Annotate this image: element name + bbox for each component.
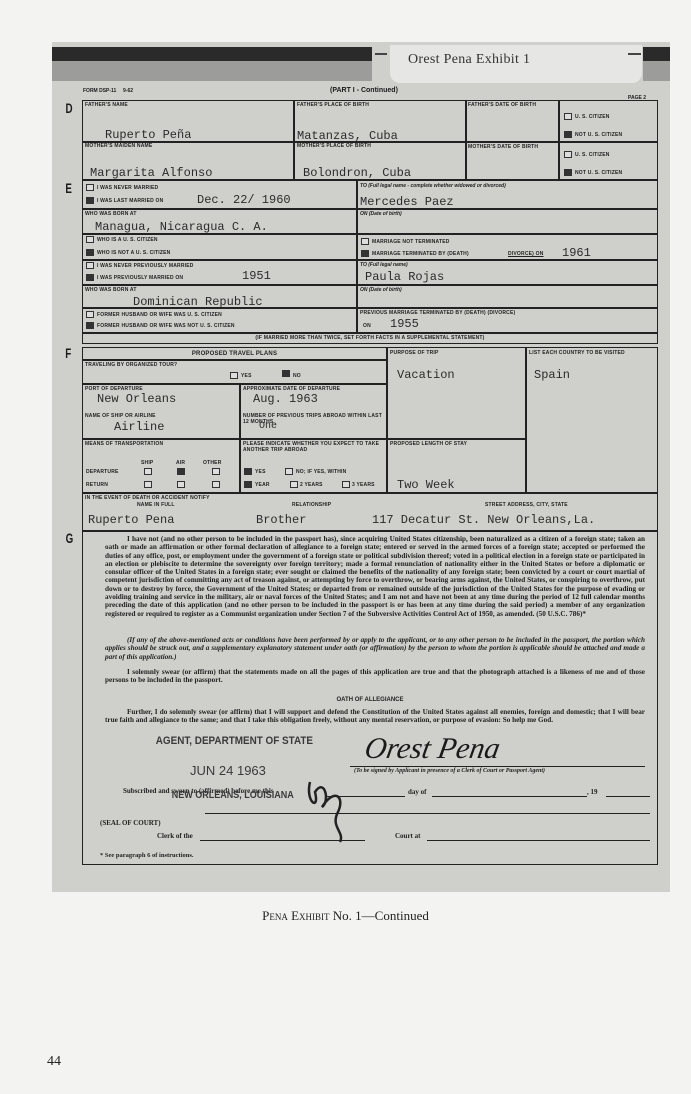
travel-plans-title: PROPOSED TRAVEL PLANS xyxy=(82,351,387,357)
spouse-not-us-citizen-checkbox[interactable] xyxy=(86,249,94,256)
spouse-us-citizen-label: WHO IS A U. S. CITIZEN xyxy=(97,237,158,243)
transport-row-return: RETURN xyxy=(86,482,108,488)
signature-line xyxy=(350,766,645,767)
purpose-value[interactable]: Vacation xyxy=(397,368,455,382)
month-line[interactable] xyxy=(432,796,587,797)
header-dash xyxy=(375,53,387,55)
mother-us-citizen-checkbox[interactable] xyxy=(564,151,572,158)
exhibit-caption: Pena Exhibit No. 1—Continued xyxy=(0,908,691,924)
divider xyxy=(558,100,560,180)
mother-dob-label: MOTHER'S DATE OF BIRTH xyxy=(468,144,548,150)
divider xyxy=(82,359,387,361)
father-name-value[interactable]: Ruperto Peña xyxy=(105,128,191,142)
year-line[interactable] xyxy=(606,796,650,797)
marriage-terminated-label: MARRIAGE TERMINATED BY (DEATH) xyxy=(372,251,469,257)
father-birthplace-label: FATHER'S PLACE OF BIRTH xyxy=(297,102,369,108)
another-trip-no-label: NO; IF YES, WITHIN xyxy=(296,469,346,475)
divider xyxy=(82,383,387,385)
mother-not-us-citizen-label: NOT U. S. CITIZEN xyxy=(575,170,622,176)
tour-yes-checkbox[interactable] xyxy=(230,372,238,379)
header-bar-right-shadow xyxy=(643,61,670,81)
prev-trips-value[interactable]: One xyxy=(259,421,277,432)
mother-birthplace-label: MOTHER'S PLACE OF BIRTH xyxy=(297,143,371,149)
length-of-stay-label: PROPOSED LENGTH OF STAY xyxy=(390,441,467,447)
prev-terminated-on-label: ON xyxy=(363,323,371,329)
seal-label: (SEAL OF COURT) xyxy=(100,819,161,827)
oath-title: OATH OF ALLEGIANCE xyxy=(82,697,658,703)
marriage-not-terminated-checkbox[interactable] xyxy=(361,238,369,245)
another-trip-yes-checkbox[interactable] xyxy=(244,468,252,475)
father-us-citizen-checkbox[interactable] xyxy=(564,113,572,120)
father-not-us-citizen-checkbox[interactable] xyxy=(564,131,572,138)
header-dash-right xyxy=(628,53,641,55)
prev-married-label: I WAS PREVIOUSLY MARRIED ON xyxy=(97,275,183,281)
notify-name-label: NAME IN FULL xyxy=(137,502,175,508)
marriage-terminated-year[interactable]: 1961 xyxy=(562,246,591,260)
within-3-years-label: 3 YEARS xyxy=(352,482,375,488)
prev-born-label: WHO WAS BORN AT xyxy=(85,287,137,293)
exhibit-title: Orest Pena Exhibit 1 xyxy=(408,52,530,68)
never-married-checkbox[interactable] xyxy=(86,184,94,191)
footnote: * See paragraph 6 of instructions. xyxy=(100,852,194,859)
spouse-name-label: TO (Full legal name - complete whether w… xyxy=(360,183,506,189)
return-other-checkbox[interactable] xyxy=(212,481,220,488)
divider xyxy=(82,492,658,494)
another-trip-no-checkbox[interactable] xyxy=(285,468,293,475)
prev-spouse-name-value[interactable]: Paula Rojas xyxy=(365,270,444,284)
prev-terminated-label: PREVIOUS MARRIAGE TERMINATED BY (DEATH) … xyxy=(360,310,515,316)
divider xyxy=(465,100,467,180)
caption-exhibit-word: Exhibit xyxy=(291,908,329,923)
spouse-us-citizen-checkbox[interactable] xyxy=(86,236,94,243)
notify-name-value[interactable]: Ruperto Pena xyxy=(88,513,174,527)
return-air-checkbox[interactable] xyxy=(177,481,185,488)
signature-note: (To be signed by Applicant in presence o… xyxy=(354,768,545,774)
divider xyxy=(82,284,658,286)
notify-relationship-value[interactable]: Brother xyxy=(256,513,306,527)
departure-date-value[interactable]: Aug. 1963 xyxy=(253,392,318,406)
oath-paragraph: Further, I do solemnly swear (or affirm)… xyxy=(105,708,645,725)
section-letter-d: D xyxy=(66,100,73,116)
year-prefix: , 19 xyxy=(587,788,598,796)
mother-birthplace-value[interactable]: Bolondron, Cuba xyxy=(303,166,411,180)
section-letter-e: E xyxy=(65,180,72,196)
day-of-label: day of xyxy=(408,788,426,796)
tour-no-checkbox[interactable] xyxy=(282,370,290,377)
notify-address-value[interactable]: 117 Decatur St. New Orleans,La. xyxy=(372,513,595,527)
another-trip-yes-label: YES xyxy=(255,469,266,475)
strike-out-paragraph: (If any of the above-mentioned acts or c… xyxy=(105,636,645,661)
official-signature-line[interactable] xyxy=(205,813,650,814)
divider xyxy=(82,438,526,440)
transport-row-departure: DEPARTURE xyxy=(86,469,119,475)
spouse-born-label: WHO WAS BORN AT xyxy=(85,211,137,217)
prev-married-checkbox[interactable] xyxy=(86,274,94,281)
notify-relationship-label: RELATIONSHIP xyxy=(292,502,331,508)
spouse-dob-label: ON (Date of birth) xyxy=(360,211,402,217)
supplemental-note: (IF MARRIED MORE THAN TWICE, SET FORTH F… xyxy=(82,335,658,341)
mother-not-us-citizen-checkbox[interactable] xyxy=(564,169,572,176)
never-prev-married-label: I WAS NEVER PREVIOUSLY MARRIED xyxy=(97,263,194,269)
departure-air-checkbox[interactable] xyxy=(177,468,185,475)
spouse-name-value[interactable]: Mercedes Paez xyxy=(360,195,454,209)
page-number: 44 xyxy=(47,1054,61,1070)
notify-address-label: STREET ADDRESS, CITY, STATE xyxy=(485,502,568,508)
city-stamp: NEW ORLEANS, LOUISIANA xyxy=(172,790,294,801)
transport-col-other: OTHER xyxy=(203,460,222,466)
official-signature-scrawl xyxy=(300,772,360,852)
departure-ship-checkbox[interactable] xyxy=(144,468,152,475)
marriage-terminated-checkbox[interactable] xyxy=(361,250,369,257)
form-date: 9-62 xyxy=(123,88,133,94)
father-not-us-citizen-label: NOT U. S. CITIZEN xyxy=(575,132,622,138)
never-prev-married-checkbox[interactable] xyxy=(86,262,94,269)
court-location-line[interactable] xyxy=(427,840,650,841)
divider xyxy=(293,100,295,180)
within-year-label: YEAR xyxy=(255,482,270,488)
section-letter-g: G xyxy=(66,530,74,546)
prev-spouse-birthplace[interactable]: Dominican Republic xyxy=(133,295,263,309)
header-bar-shadow xyxy=(52,61,372,81)
departure-other-checkbox[interactable] xyxy=(212,468,220,475)
marriage-terminated-divorce-label: DIVORCE) ON xyxy=(508,251,544,257)
mother-name-label: MOTHER'S MAIDEN NAME xyxy=(85,143,152,149)
header-bar-right xyxy=(643,47,670,61)
notify-label: IN THE EVENT OF DEATH OR ACCIDENT NOTIFY xyxy=(85,495,210,501)
former-not-us-citizen-checkbox[interactable] xyxy=(86,322,94,329)
another-trip-label: PLEASE INDICATE WHETHER YOU EXPECT TO TA… xyxy=(243,441,383,453)
agent-stamp: AGENT, DEPARTMENT OF STATE xyxy=(156,735,313,747)
never-married-label: I WAS NEVER MARRIED xyxy=(97,185,158,191)
purpose-label: PURPOSE OF TRIP xyxy=(390,350,439,356)
father-dob-label: FATHER'S DATE OF BIRTH xyxy=(468,102,548,108)
divider xyxy=(356,180,358,332)
former-us-citizen-checkbox[interactable] xyxy=(86,311,94,318)
transport-col-ship: SHIP xyxy=(141,460,153,466)
prev-married-year[interactable]: 1951 xyxy=(242,269,271,283)
former-not-us-citizen-label: FORMER HUSBAND OR WIFE WAS NOT U. S. CIT… xyxy=(97,323,235,329)
section-letter-f: F xyxy=(65,345,71,361)
form-number: FORM DSP-11 xyxy=(83,88,116,94)
tour-yes-label: YES xyxy=(241,373,252,379)
father-us-citizen-label: U. S. CITIZEN xyxy=(575,114,610,120)
caption-name: Pena xyxy=(262,908,288,923)
mother-us-citizen-label: U. S. CITIZEN xyxy=(575,152,610,158)
last-married-date[interactable]: Dec. 22/ 1960 xyxy=(197,193,291,207)
part-label: (PART I - Continued) xyxy=(330,87,398,94)
last-married-label: I WAS LAST MARRIED ON xyxy=(97,198,163,204)
transport-col-air: AIR xyxy=(176,460,185,466)
applicant-signature[interactable]: Orest Pena xyxy=(362,732,503,766)
return-ship-checkbox[interactable] xyxy=(144,481,152,488)
header-bar xyxy=(52,47,372,61)
within-2-years-label: 2 YEARS xyxy=(300,482,323,488)
father-birthplace-value[interactable]: Matanzas, Cuba xyxy=(297,129,398,143)
court-at-label: Court at xyxy=(395,832,420,840)
ship-airline-value[interactable]: Airline xyxy=(114,420,164,434)
clerk-label: Clerk of the xyxy=(157,832,193,840)
father-name-label: FATHER'S NAME xyxy=(85,102,128,108)
date-stamp: JUN 24 1963 xyxy=(190,763,266,778)
divider xyxy=(525,347,527,492)
transport-label: MEANS OF TRANSPORTATION xyxy=(85,441,163,447)
tour-no-label: NO xyxy=(293,373,301,379)
mother-name-value[interactable]: Margarita Alfonso xyxy=(90,166,212,180)
former-us-citizen-label: FORMER HUSBAND OR WIFE WAS U. S. CITIZEN xyxy=(97,312,222,318)
organized-tour-label: TRAVELING BY ORGANIZED TOUR? xyxy=(85,362,177,368)
prev-spouse-name-label: TO (Full legal name) xyxy=(360,262,408,268)
ship-airline-label: NAME OF SHIP OR AIRLINE xyxy=(85,413,156,419)
countries-label: LIST EACH COUNTRY TO BE VISITED xyxy=(529,350,634,356)
declaration-paragraph: I have not (and no other person to be in… xyxy=(105,535,645,618)
within-year-checkbox[interactable] xyxy=(244,481,252,488)
last-married-checkbox[interactable] xyxy=(86,197,94,204)
within-3-years-checkbox[interactable] xyxy=(342,481,350,488)
port-value[interactable]: New Orleans xyxy=(97,392,176,406)
spouse-birthplace-value[interactable]: Managua, Nicaragua C. A. xyxy=(95,220,268,234)
spouse-not-us-citizen-label: WHO IS NOT A U. S. CITIZEN xyxy=(97,250,170,256)
caption-rest: No. 1—Continued xyxy=(333,908,429,923)
divider xyxy=(386,347,388,492)
within-2-years-checkbox[interactable] xyxy=(290,481,298,488)
length-of-stay-value[interactable]: Two Week xyxy=(397,478,455,492)
prev-spouse-dob-label: ON (Date of birth) xyxy=(360,287,402,293)
divider xyxy=(82,332,658,334)
prev-terminated-year[interactable]: 1955 xyxy=(390,317,419,331)
affirmation-paragraph: I solemnly swear (or affirm) that the st… xyxy=(105,668,645,685)
marriage-not-terminated-label: MARRIAGE NOT TERMINATED xyxy=(372,239,450,245)
countries-value[interactable]: Spain xyxy=(534,368,570,382)
